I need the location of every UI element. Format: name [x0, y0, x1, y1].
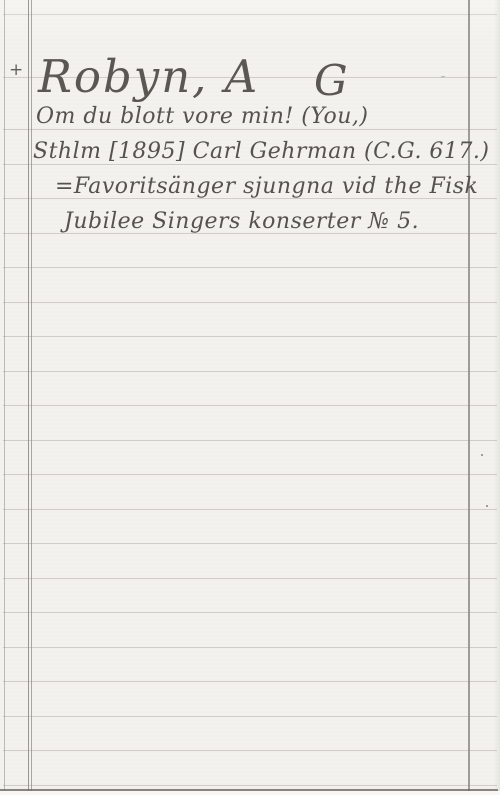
rule-line: [3, 612, 497, 613]
rule-line: [3, 716, 497, 717]
rule-line: [3, 543, 497, 544]
rule-line: [3, 647, 497, 648]
series-note-line-1: =Favoritsänger sjungna vid the Fisk: [55, 174, 478, 199]
rule-line: [3, 750, 497, 751]
rule-line: [3, 578, 497, 579]
plus-mark: +: [9, 60, 23, 80]
rule-line: [3, 371, 497, 372]
right-margin-line: [468, 0, 470, 795]
series-note-line-2: Jubilee Singers konserter № 5.: [64, 209, 419, 234]
left-margin-line-double: [31, 0, 32, 795]
paper-speck: [481, 454, 483, 456]
rule-line: [3, 681, 497, 682]
rule-line: [3, 336, 497, 337]
left-margin-line: [28, 0, 29, 795]
rule-line: [3, 302, 497, 303]
rule-line: [3, 267, 497, 268]
rule-line: [3, 405, 497, 406]
left-page-edge-line: [4, 0, 5, 795]
rule-line: [3, 785, 497, 786]
below-page-edge: [0, 791, 500, 795]
title-line: Om du blott vore min! (You,): [36, 104, 368, 129]
card-heading-initial: G: [314, 56, 348, 105]
faint-pencil-dash: -: [439, 66, 447, 86]
right-page-edge-shadow: [494, 0, 500, 795]
rule-line: [3, 14, 497, 15]
rule-line: [3, 129, 497, 130]
paper-speck: [486, 505, 488, 507]
catalog-card-page: + Robyn, A G - Om du blott vore min! (Yo…: [0, 0, 500, 795]
rule-line: [3, 509, 497, 510]
rule-line: [3, 164, 497, 165]
rule-line: [3, 440, 497, 441]
card-heading-author: Robyn, A: [38, 50, 259, 103]
imprint-line: Sthlm [1895] Carl Gehrman (C.G. 617.): [33, 139, 490, 164]
rule-line: [3, 474, 497, 475]
